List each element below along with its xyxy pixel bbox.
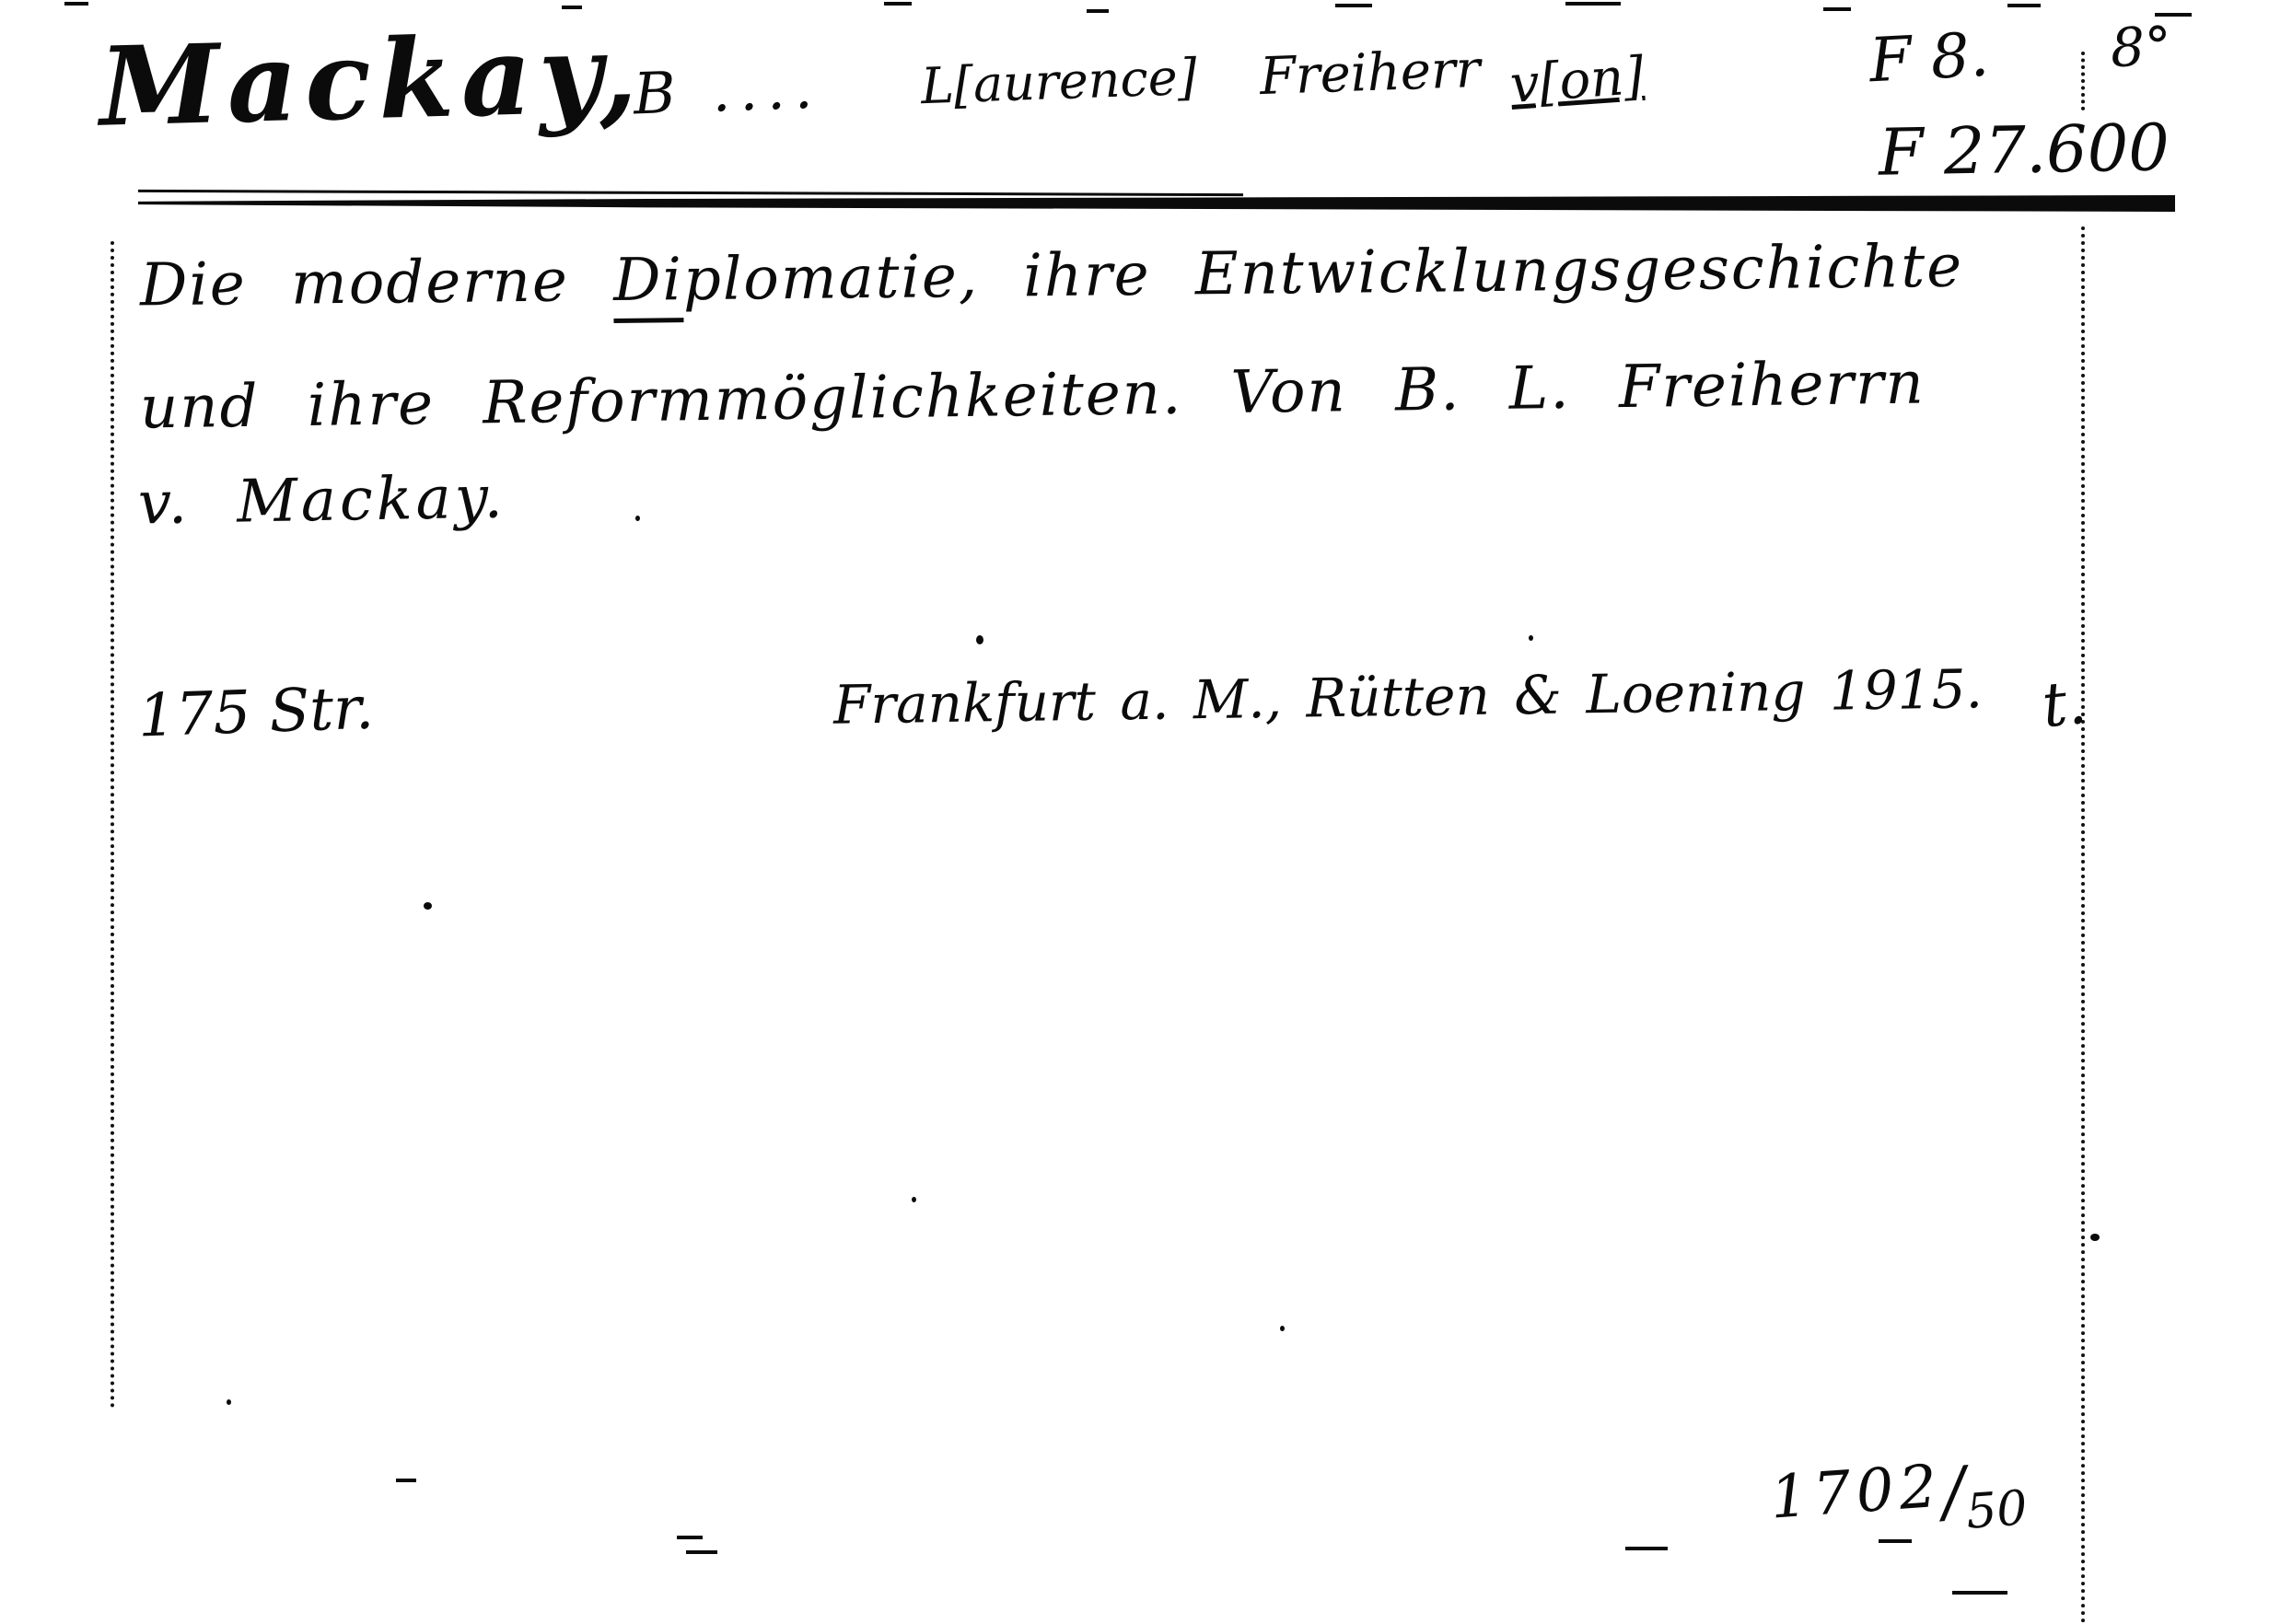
title-line-3: v. Mackay. bbox=[137, 469, 506, 534]
scan-noise bbox=[1879, 1539, 1912, 1543]
title-line-1: Die moderne Diplomatie, ihre Entwicklung… bbox=[140, 238, 1964, 316]
author-particle: v[on] bbox=[1508, 51, 1646, 111]
header-rule-thick bbox=[138, 195, 2175, 212]
catalog-card-scan: Mackay, B .... L[aurence] Freiherr v[on]… bbox=[0, 0, 2269, 1624]
scan-noise bbox=[64, 2, 88, 6]
header-rule-thin bbox=[138, 190, 1243, 196]
shelfmark: F 27.600 bbox=[1878, 115, 2170, 185]
scan-noise bbox=[912, 1197, 916, 1202]
shelfmark-old: F 8. bbox=[1868, 25, 1990, 92]
scan-noise bbox=[396, 1479, 416, 1482]
scan-noise bbox=[686, 1550, 717, 1554]
scan-noise bbox=[1335, 4, 1372, 7]
collation-pages: 175 Str. bbox=[137, 679, 375, 747]
title-line1-rest: plomatie, ihre Entwicklungsgeschichte bbox=[683, 233, 1964, 315]
scan-noise bbox=[1952, 1591, 2007, 1595]
scan-noise bbox=[1823, 7, 1851, 11]
accession-denominator: 50 bbox=[1964, 1480, 2029, 1539]
format-mark: 8° bbox=[2110, 19, 2172, 75]
scan-noise bbox=[677, 1536, 703, 1539]
title-line1-pre: Die moderne bbox=[140, 247, 614, 319]
left-margin-dotted-line bbox=[111, 241, 114, 1409]
title-line1-underlined: Di bbox=[613, 246, 684, 323]
scan-noise bbox=[2155, 13, 2192, 17]
accession-number: 1702/50 bbox=[1768, 1444, 2028, 1527]
accession-slash: / bbox=[1940, 1452, 1968, 1530]
scan-noise bbox=[424, 902, 432, 910]
right-margin-dotted-line bbox=[2081, 226, 2085, 1624]
scan-noise bbox=[976, 635, 983, 644]
scan-noise bbox=[1087, 9, 1109, 13]
scan-noise bbox=[1280, 1326, 1285, 1331]
scan-noise bbox=[2007, 4, 2041, 7]
author-initial: B .... bbox=[633, 59, 822, 122]
scan-noise bbox=[1529, 635, 1533, 641]
scan-noise bbox=[884, 2, 912, 6]
scan-noise bbox=[635, 516, 640, 521]
scan-noise bbox=[2090, 1234, 2100, 1241]
title-line-2: und ihre Reformmöglichkeiten. Von B. L. … bbox=[140, 354, 1926, 437]
author-forename: L[aurence] bbox=[920, 52, 1197, 111]
imprint: Frankfurt a. M., Rütten & Loening 1915. bbox=[833, 662, 1984, 731]
right-margin-dotted-line-top bbox=[2081, 52, 2085, 110]
scan-noise bbox=[227, 1399, 231, 1405]
accession-numerator: 1702 bbox=[1768, 1453, 1945, 1533]
scan-noise bbox=[1625, 1547, 1668, 1550]
author-honorific: Freiherr bbox=[1259, 44, 1481, 103]
scan-noise bbox=[562, 6, 582, 9]
scan-noise bbox=[1565, 2, 1621, 6]
format-note: t. bbox=[2040, 672, 2089, 737]
author-surname: Mackay, bbox=[99, 18, 646, 141]
